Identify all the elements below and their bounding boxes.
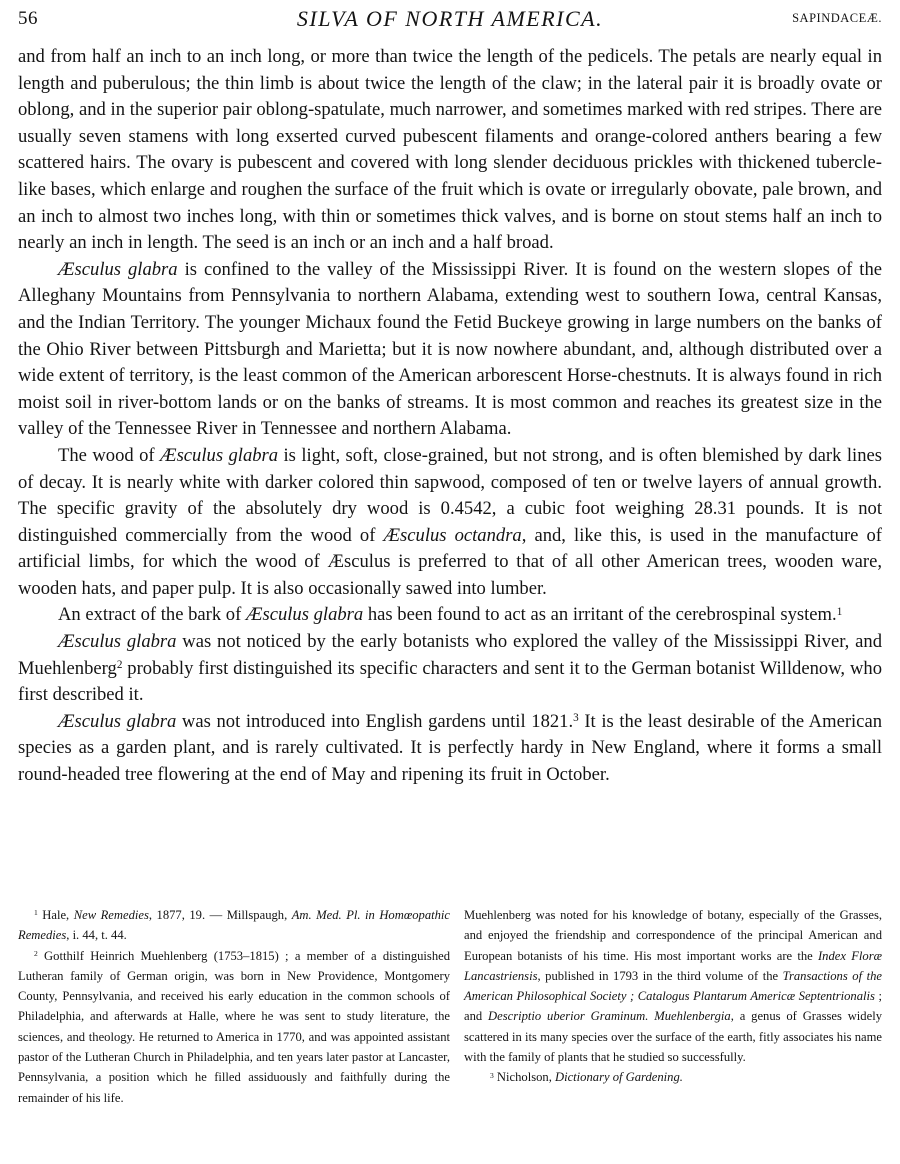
footnote-3: 3 Nicholson, Dictionary of Gardening. — [464, 1067, 882, 1087]
species-name: Æsculus glabra — [58, 631, 176, 652]
footnote-2: 2 Gotthilf Heinrich Muehlenberg (1753–18… — [18, 946, 450, 1108]
book-page: 56 SILVA OF NORTH AMERICA. SAPINDACEÆ. a… — [18, 0, 882, 789]
running-title: SILVA OF NORTH AMERICA. — [18, 6, 882, 32]
footnote-ref-2[interactable]: 2 — [117, 659, 123, 671]
paragraph-flower-description: and from half an inch to an inch long, o… — [18, 44, 882, 257]
footnotes-right-column: Muehlenberg was noted for his knowledge … — [464, 905, 882, 1108]
paragraph-range: Æsculus glabra is confined to the valley… — [18, 257, 882, 443]
main-text: and from half an inch to an inch long, o… — [18, 44, 882, 789]
footnote-mark: 2 — [34, 949, 38, 958]
page-header: 56 SILVA OF NORTH AMERICA. SAPINDACEÆ. — [18, 0, 882, 44]
section-name: SAPINDACEÆ. — [792, 11, 882, 26]
species-name: Æsculus glabra — [246, 604, 363, 625]
paragraph-history: Æsculus glabra was not noticed by the ea… — [18, 629, 882, 709]
footnote-1: 1 Hale, New Remedies, 1877, 19. — Millsp… — [18, 905, 450, 946]
species-name: Æsculus glabra — [58, 711, 176, 732]
footnote-2-continued: Muehlenberg was noted for his knowledge … — [464, 905, 882, 1067]
species-name: Æsculus glabra — [160, 445, 278, 466]
species-name: Æsculus octandra — [384, 525, 522, 546]
footnotes: 1 Hale, New Remedies, 1877, 19. — Millsp… — [18, 905, 882, 1108]
footnote-ref-1[interactable]: 1 — [837, 606, 843, 618]
footnote-ref-3[interactable]: 3 — [573, 712, 579, 724]
species-name: Æsculus glabra — [58, 259, 178, 280]
paragraph-bark: An extract of the bark of Æsculus glabra… — [18, 602, 882, 629]
footnote-mark: 3 — [490, 1071, 494, 1080]
paragraph-cultivation: Æsculus glabra was not introduced into E… — [18, 709, 882, 789]
footnotes-left-column: 1 Hale, New Remedies, 1877, 19. — Millsp… — [18, 905, 450, 1108]
footnote-mark: 1 — [34, 908, 38, 917]
paragraph-wood: The wood of Æsculus glabra is light, sof… — [18, 443, 882, 603]
